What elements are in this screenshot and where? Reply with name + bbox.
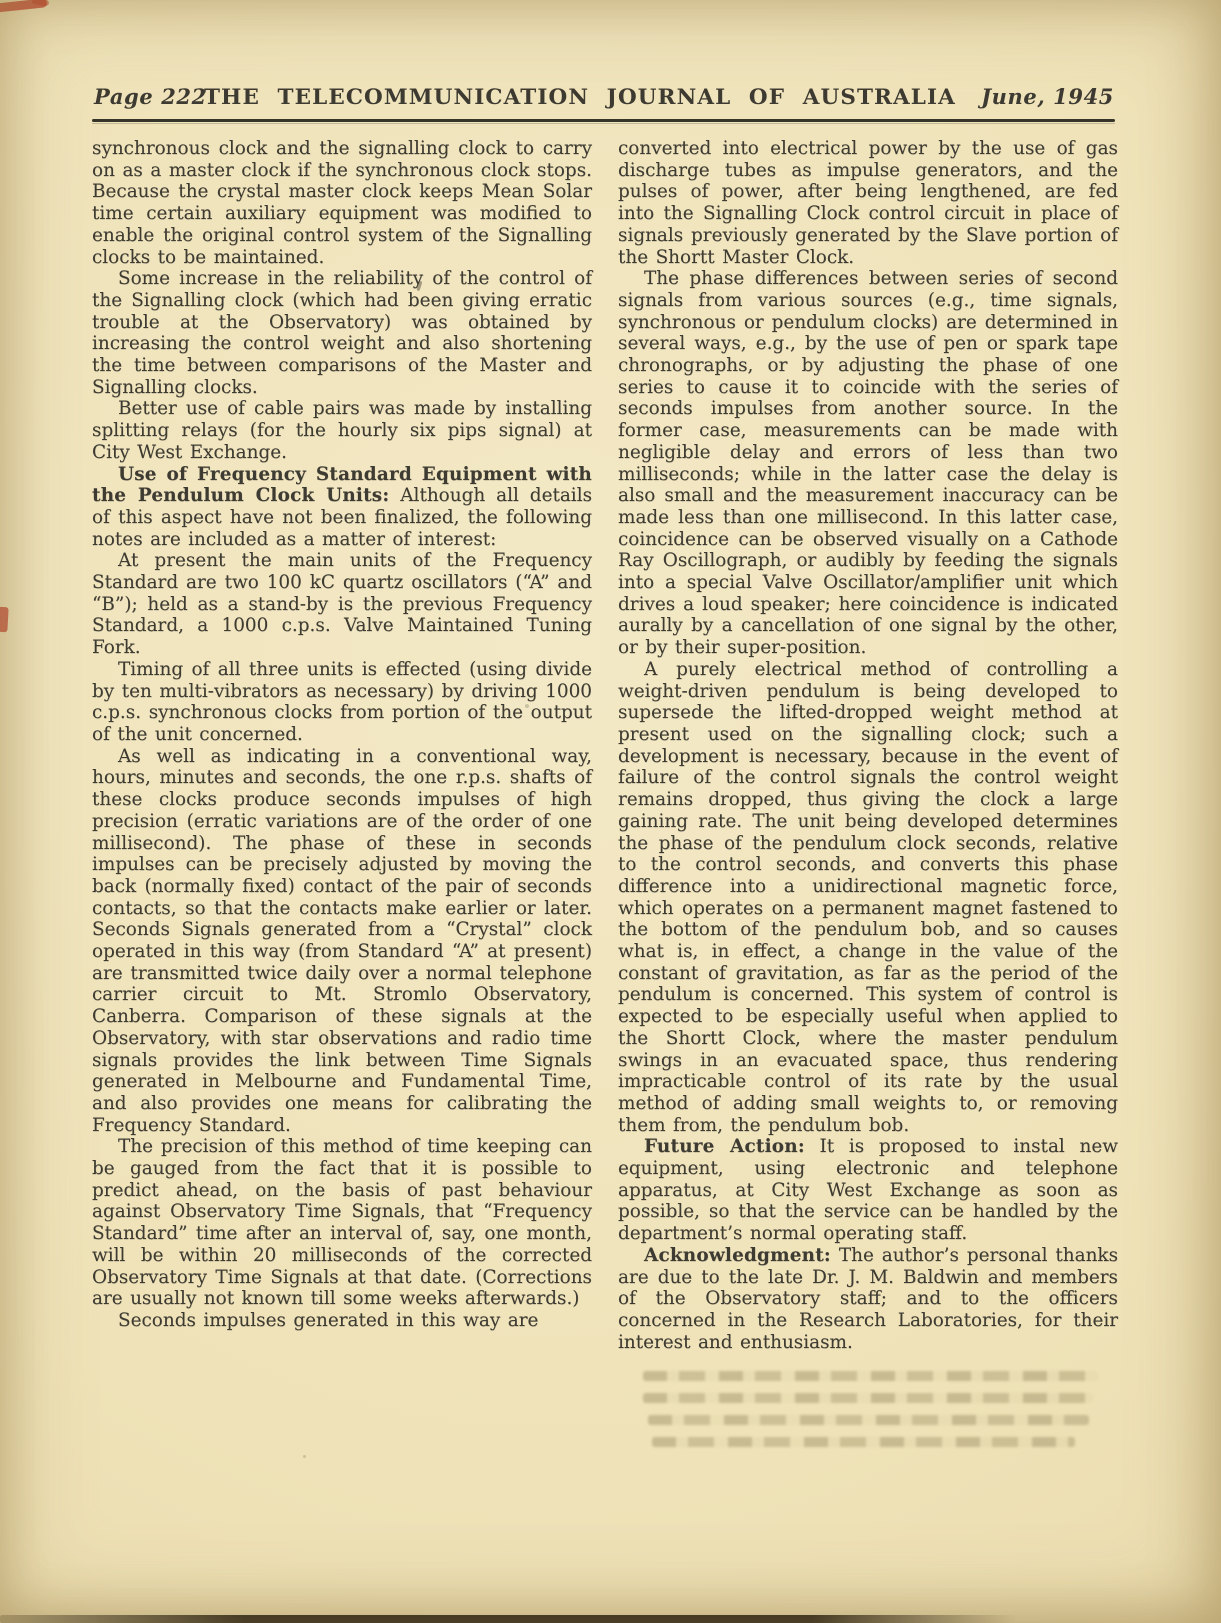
paragraph: Seconds impulses generated in this way a… — [92, 1310, 592, 1332]
scanner-shadow-bar — [0, 1615, 1016, 1623]
paragraph: The phase differences between series of … — [618, 268, 1118, 659]
paragraph: At present the main units of the Frequen… — [92, 550, 592, 659]
bleed-through-line — [643, 1393, 1093, 1403]
journal-page-scan: Page 222 THE TELECOMMUNICATION JOURNAL O… — [0, 0, 1221, 1623]
page-header: Page 222 THE TELECOMMUNICATION JOURNAL O… — [94, 84, 1114, 110]
left-column: synchronous clock and the signalling clo… — [92, 138, 592, 1459]
paragraph: A purely electrical method of controllin… — [618, 659, 1118, 1136]
paragraph: Future Action: It is proposed to instal … — [618, 1136, 1118, 1245]
right-column: converted into electrical power by the u… — [618, 138, 1118, 1459]
ink-speck — [525, 704, 529, 708]
bleed-through-line — [648, 1415, 1089, 1425]
header-rule — [92, 119, 1115, 122]
ink-speck — [303, 1455, 306, 1458]
paragraph: Timing of all three units is effected (u… — [92, 659, 592, 746]
bleed-through-text — [643, 1371, 1098, 1447]
paragraph: converted into electrical power by the u… — [618, 138, 1118, 268]
paragraph: Use of Frequency Standard Equipment with… — [92, 464, 592, 551]
bleed-through-line — [643, 1371, 1098, 1381]
issue-date: June, 1945 — [981, 84, 1114, 109]
paragraph: As well as indicating in a conventional … — [92, 746, 592, 1137]
acknowledgment-heading: Acknowledgment: — [644, 1245, 831, 1266]
paragraph: synchronous clock and the signalling clo… — [92, 138, 592, 268]
paragraph: The precision of this method of time kee… — [92, 1136, 592, 1310]
paragraph: Acknowledgment: The author’s personal th… — [618, 1245, 1118, 1354]
paragraph: Some increase in the reliability of the … — [92, 268, 592, 398]
future-action-heading: Future Action: — [644, 1136, 805, 1157]
journal-title: THE TELECOMMUNICATION JOURNAL OF AUSTRAL… — [204, 85, 956, 110]
article-body: synchronous clock and the signalling clo… — [92, 138, 1118, 1459]
page-number-label: Page 222 — [94, 84, 207, 109]
red-ink-mark-left-edge — [0, 607, 9, 633]
bleed-through-line — [652, 1437, 1075, 1447]
paragraph: Better use of cable pairs was made by in… — [92, 398, 592, 463]
